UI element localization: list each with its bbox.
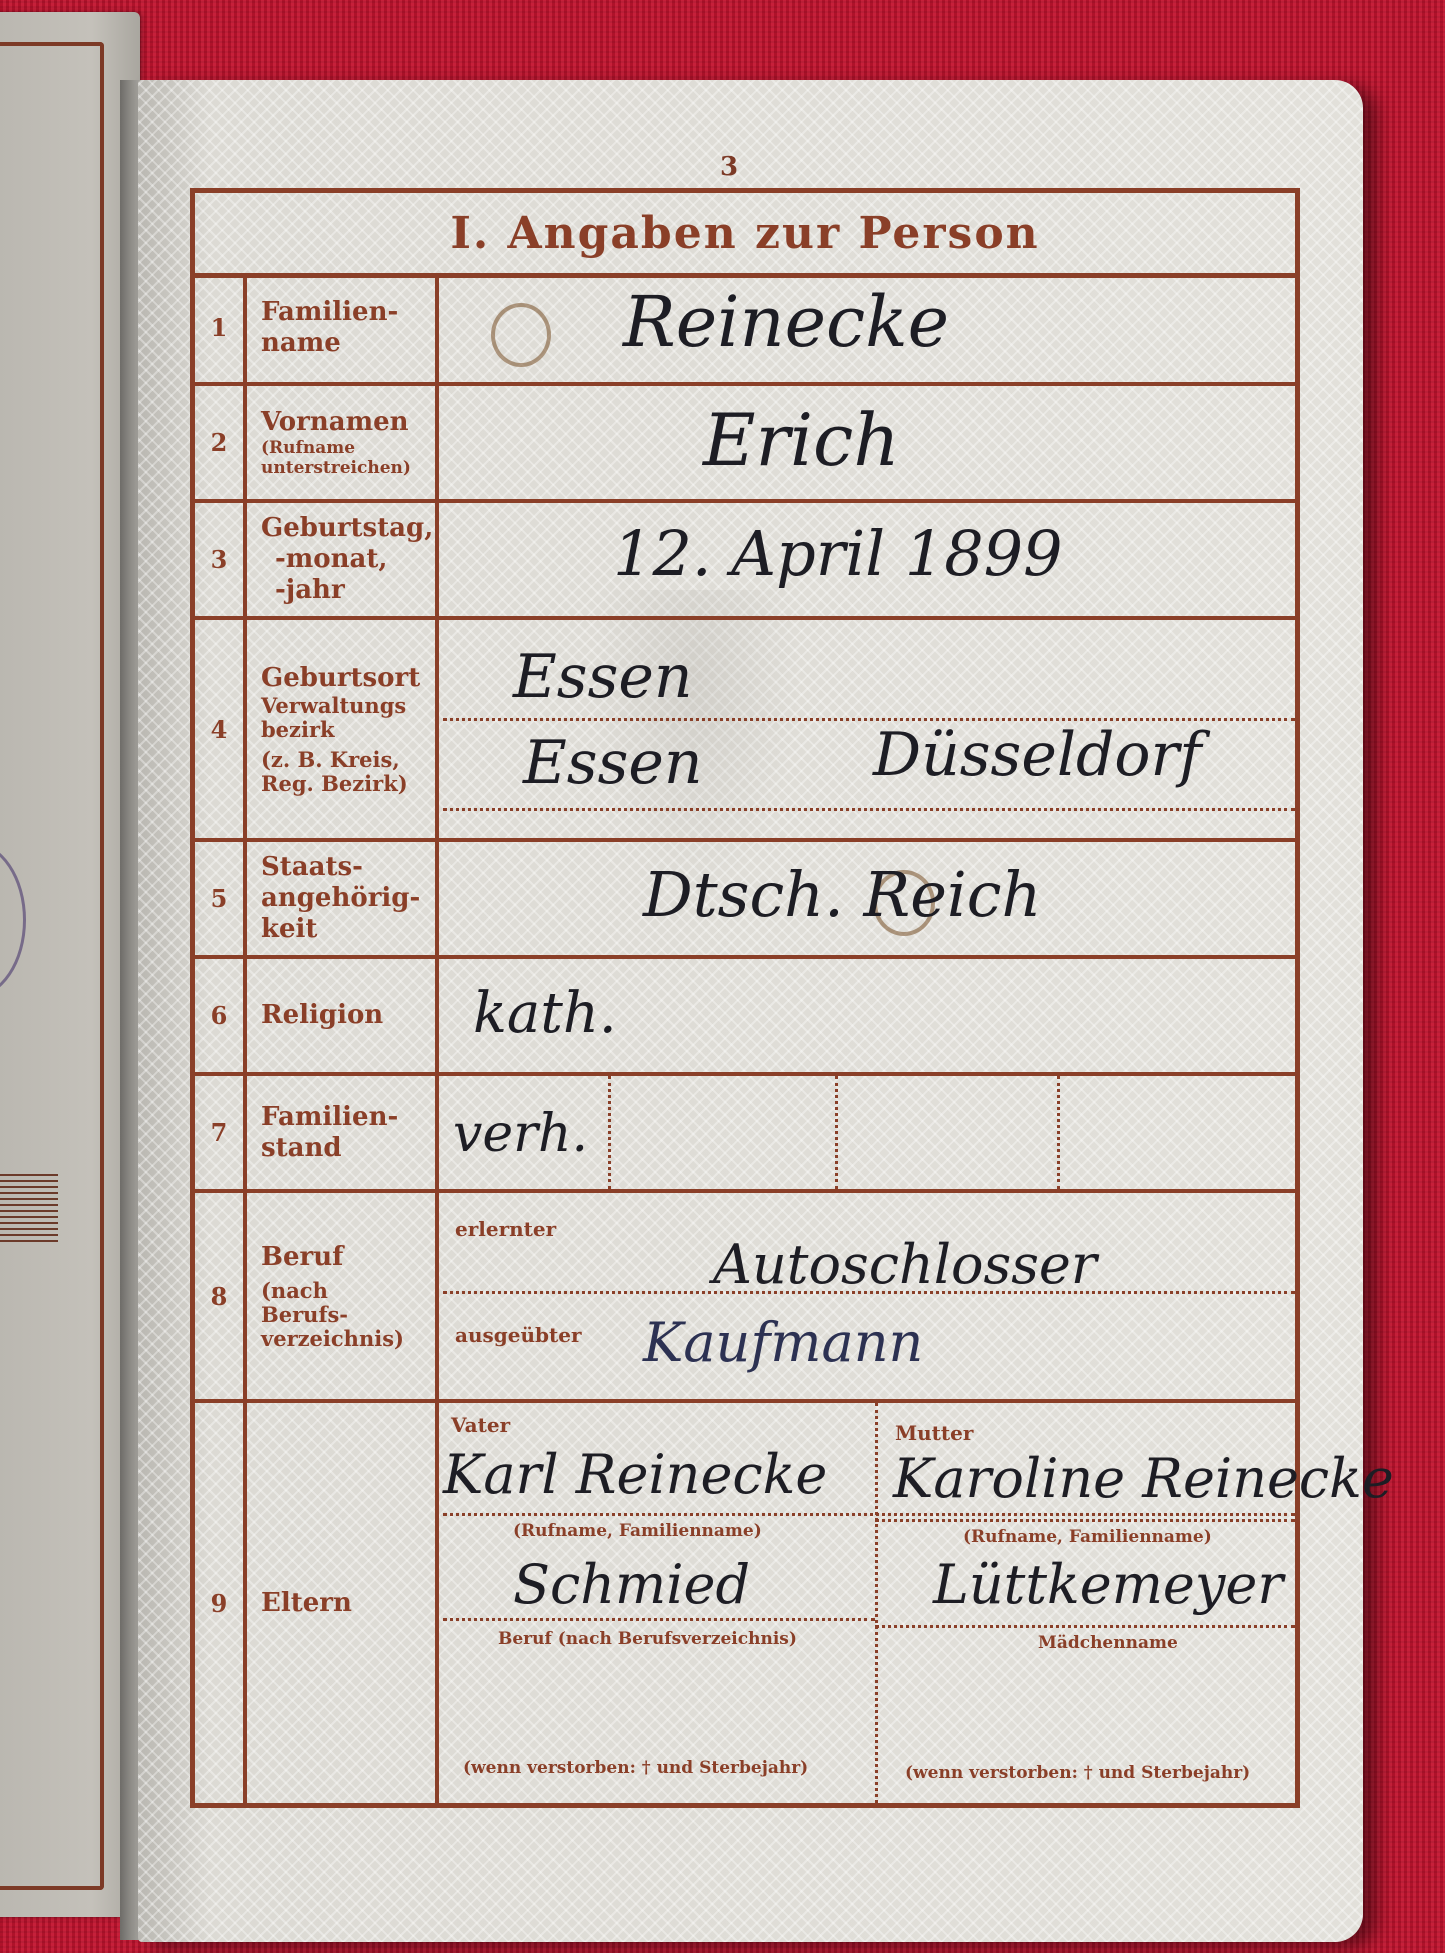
row-number: 3: [195, 503, 247, 616]
field-label: Geburtsort Verwaltungs bezirk (z. B. Kre…: [247, 620, 439, 838]
row-number: 1: [195, 273, 247, 382]
dotted-divider: [875, 1519, 1295, 1522]
mother-maiden-caption: Mädchenname: [1038, 1633, 1178, 1653]
row-number: 7: [195, 1076, 247, 1189]
row-beruf: 8 Beruf (nach Berufs- verzeichnis) erler…: [195, 1193, 1295, 1403]
handwritten-mother-maiden-name: Lüttkemeyer: [933, 1553, 1283, 1616]
dotted-column-divider: [875, 1403, 878, 1803]
handwritten-mother-name: Karoline Reinecke: [893, 1447, 1394, 1510]
handwritten-practiced-occupation: Kaufmann: [643, 1311, 923, 1374]
row-number: 4: [195, 620, 247, 838]
father-deceased-caption: (wenn verstorben: † und Sterbejahr): [463, 1758, 808, 1778]
father-occupation-caption: Beruf (nach Berufsverzeichnis): [498, 1629, 797, 1649]
field-label: Religion: [247, 959, 439, 1072]
field-label: Eltern: [247, 1403, 439, 1803]
row-familienstand: 7 Familien- stand verh.: [195, 1076, 1295, 1193]
printed-stripes: [0, 1172, 58, 1242]
row-geburtsort: 4 Geburtsort Verwaltungs bezirk (z. B. K…: [195, 620, 1295, 842]
handwritten-nationality: Dtsch. Reich: [643, 858, 1041, 931]
row-vornamen: 2 Vornamen (Rufname unterstreichen) Eric…: [195, 386, 1295, 503]
handwritten-father-name: Karl Reinecke: [443, 1443, 827, 1506]
page-number: 3: [720, 152, 738, 182]
field-value[interactable]: verh.: [443, 1076, 1295, 1189]
handwritten-father-occupation: Schmied: [513, 1553, 750, 1616]
row-number: 9: [195, 1403, 247, 1803]
dotted-divider: [443, 1618, 875, 1621]
field-value[interactable]: erlernter Autoschlosser ausgeübter Kaufm…: [443, 1193, 1295, 1399]
row-familienname: 1 Familien- name Reinecke: [195, 273, 1295, 386]
mother-name-caption: (Rufname, Familienname): [963, 1527, 1212, 1547]
handwritten-surname: Reinecke: [623, 281, 949, 363]
dotted-divider: [443, 808, 1295, 811]
father-name-caption: (Rufname, Familienname): [513, 1521, 762, 1541]
facing-left-page: [0, 12, 140, 1917]
handwritten-region: Düsseldorf: [873, 720, 1201, 790]
dotted-divider: [875, 1625, 1295, 1628]
dotted-column-divider: [835, 1076, 838, 1189]
practiced-occupation-label: ausgeübter: [455, 1323, 582, 1347]
row-religion: 6 Religion kath.: [195, 959, 1295, 1076]
field-label: Geburtstag, -monat, -jahr: [247, 503, 439, 616]
father-heading: Vater: [451, 1413, 510, 1437]
parents-field[interactable]: Vater Karl Reinecke (Rufname, Familienna…: [443, 1403, 1295, 1803]
handwritten-birthplace: Essen: [513, 642, 693, 712]
row-number: 5: [195, 842, 247, 955]
field-value[interactable]: kath.: [443, 959, 1295, 1072]
handwritten-marital-status: verh.: [453, 1104, 588, 1164]
stain-mark: [491, 303, 551, 367]
personal-data-form: I. Angaben zur Person 1 Familien- name R…: [190, 188, 1300, 1808]
handwritten-religion: kath.: [473, 981, 617, 1046]
field-value[interactable]: Dtsch. Reich: [443, 842, 1295, 955]
row-number: 6: [195, 959, 247, 1072]
section-title: I. Angaben zur Person: [450, 208, 1039, 259]
form-header: I. Angaben zur Person: [195, 193, 1295, 278]
row-staatsangehoerigkeit: 5 Staats- angehörig- keit Dtsch. Reich: [195, 842, 1295, 959]
field-value[interactable]: Essen Essen Düsseldorf: [443, 620, 1295, 838]
field-label: Familien- stand: [247, 1076, 439, 1189]
mother-heading: Mutter: [895, 1421, 973, 1445]
dotted-column-divider: [1057, 1076, 1060, 1189]
handwritten-birthdate: 12. April 1899: [613, 517, 1063, 590]
dotted-divider: [443, 1513, 1295, 1516]
learned-occupation-label: erlernter: [455, 1217, 556, 1241]
field-label: Vornamen (Rufname unterstreichen): [247, 386, 439, 499]
handwritten-learned-occupation: Autoschlosser: [713, 1233, 1097, 1296]
handwritten-first-name: Erich: [703, 398, 900, 482]
field-value[interactable]: 12. April 1899: [443, 503, 1295, 616]
field-label: Staats- angehörig- keit: [247, 842, 439, 955]
field-value[interactable]: Reinecke: [443, 273, 1295, 382]
field-label: Familien- name: [247, 273, 439, 382]
dotted-column-divider: [608, 1076, 611, 1189]
mother-deceased-caption: (wenn verstorben: † und Sterbejahr): [905, 1763, 1250, 1783]
row-eltern: 9 Eltern Vater Karl Reinecke (Rufname, F…: [195, 1403, 1295, 1803]
row-number: 8: [195, 1193, 247, 1399]
dotted-divider: [443, 1291, 1295, 1294]
handwritten-district: Essen: [523, 728, 703, 798]
field-label: Beruf (nach Berufs- verzeichnis): [247, 1193, 439, 1399]
field-value[interactable]: Erich: [443, 386, 1295, 499]
row-geburtstag: 3 Geburtstag, -monat, -jahr 12. April 18…: [195, 503, 1295, 620]
row-number: 2: [195, 386, 247, 499]
